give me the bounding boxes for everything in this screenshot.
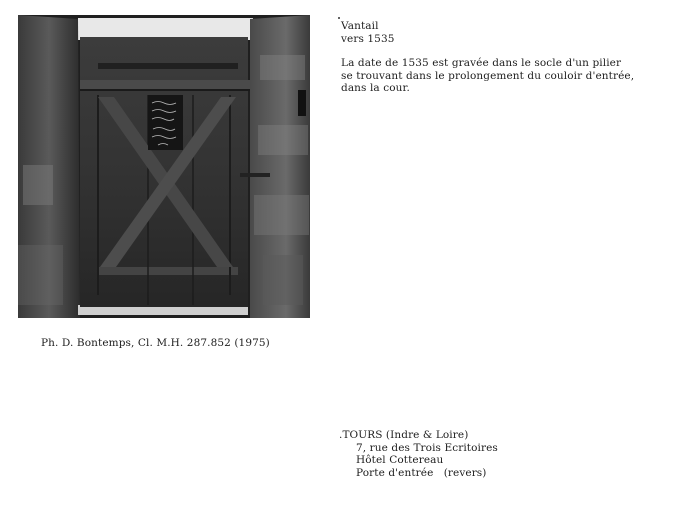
description-line: se trouvant dans le prolongement du coul… [341, 70, 634, 83]
object-date: vers 1535 [341, 33, 395, 46]
photograph [18, 15, 310, 318]
location-element: Porte d'entrée (revers) [339, 467, 498, 480]
description-line: dans la cour. [341, 82, 634, 95]
door-photo-graphic [18, 15, 310, 318]
description: La date de 1535 est gravée dans le socle… [341, 57, 634, 95]
object-title: Vantail [341, 20, 395, 33]
title-block: Vantailvers 1535 [341, 20, 395, 45]
location-city: .TOURS (Indre & Loire) [339, 429, 498, 442]
location-address: 7, rue des Trois Ecritoires [339, 442, 498, 455]
location-building: Hôtel Cottereau [339, 454, 498, 467]
photo-credit: Ph. D. Bontemps, Cl. M.H. 287.852 (1975) [41, 337, 270, 350]
margin-mark [338, 17, 340, 19]
description-line: La date de 1535 est gravée dans le socle… [341, 57, 634, 70]
location-block: .TOURS (Indre & Loire)7, rue des Trois E… [339, 429, 498, 479]
